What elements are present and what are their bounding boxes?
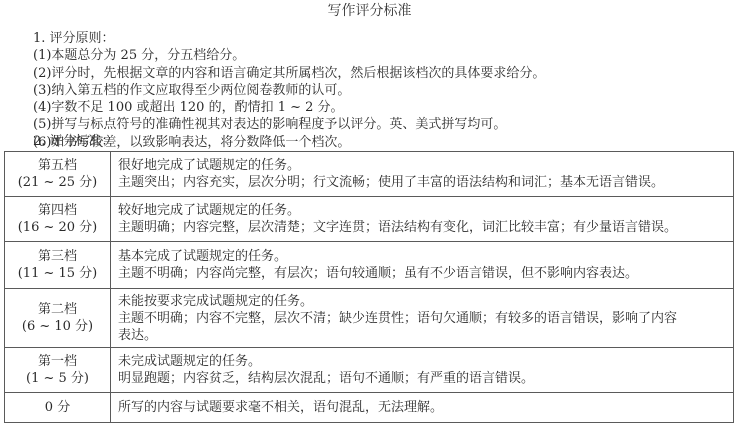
band-summary: 未能按要求完成试题规定的任务。 <box>118 293 729 310</box>
band-summary: 较好地完成了试题规定的任务。 <box>118 202 729 219</box>
page-title: 写作评分标准 <box>0 2 739 20</box>
description-cell: 未能按要求完成试题规定的任务。 主题不明确；内容不完整，层次不清；缺少连贯性；语… <box>111 289 734 348</box>
band-cell: 第二档 (6 ~ 10 分) <box>5 289 111 348</box>
band-cell: 0 分 <box>5 393 111 423</box>
band-summary: 基本完成了试题规定的任务。 <box>118 248 729 265</box>
description-cell: 较好地完成了试题规定的任务。 主题明确；内容完整，层次清楚；文字连贯；语法结构有… <box>111 197 734 242</box>
band-cell: 第一档 (1 ~ 5 分) <box>5 348 111 393</box>
band-name: 0 分 <box>5 399 110 416</box>
band-range: (11 ~ 15 分) <box>5 265 110 282</box>
description-cell: 很好地完成了试题规定的任务。 主题突出；内容充实，层次分明；行文流畅；使用了丰富… <box>111 152 734 197</box>
principle-item: (3)纳入第五档的作文应取得至少两位阅卷教师的认可。 <box>33 82 545 99</box>
band-name: 第一档 <box>5 353 110 370</box>
principles-heading: 1. 评分原则： <box>33 30 545 47</box>
band-summary: 很好地完成了试题规定的任务。 <box>118 157 729 174</box>
band-detail: 明显跑题；内容贫乏，结构层次混乱；语句不通顺；有严重的语言错误。 <box>118 370 729 387</box>
table-row: 0 分 所写的内容与试题要求毫不相关，语句混乱，无法理解。 <box>5 393 734 423</box>
table-row: 第三档 (11 ~ 15 分) 基本完成了试题规定的任务。 主题不明确；内容尚完… <box>5 242 734 289</box>
band-detail-continued: 表达。 <box>118 327 729 344</box>
description-cell: 未完成试题规定的任务。 明显跑题；内容贫乏，结构层次混乱；语句不通顺；有严重的语… <box>111 348 734 393</box>
principle-item: (2)评分时，先根据文章的内容和语言确定其所属档次，然后根据该档次的具体要求给分… <box>33 65 545 82</box>
band-range: (16 ~ 20 分) <box>5 219 110 236</box>
band-range: (6 ~ 10 分) <box>5 318 110 335</box>
standards-heading: 2. 评分标准： <box>33 133 115 150</box>
band-detail: 主题不明确；内容不完整，层次不清；缺少连贯性；语句欠通顺；有较多的语言错误，影响… <box>118 310 729 327</box>
principle-item: (4)字数不足 100 或超出 120 的，酌情扣 1 ~ 2 分。 <box>33 99 545 116</box>
principle-item: (1)本题总分为 25 分，分五档给分。 <box>33 47 545 64</box>
description-cell: 基本完成了试题规定的任务。 主题不明确；内容尚完整，有层次；语句较通顺；虽有不少… <box>111 242 734 289</box>
band-name: 第三档 <box>5 248 110 265</box>
description-cell: 所写的内容与试题要求毫不相关，语句混乱，无法理解。 <box>111 393 734 423</box>
band-cell: 第四档 (16 ~ 20 分) <box>5 197 111 242</box>
table-row: 第二档 (6 ~ 10 分) 未能按要求完成试题规定的任务。 主题不明确；内容不… <box>5 289 734 348</box>
table-row: 第一档 (1 ~ 5 分) 未完成试题规定的任务。 明显跑题；内容贫乏，结构层次… <box>5 348 734 393</box>
band-range: (1 ~ 5 分) <box>5 370 110 387</box>
band-cell: 第五档 (21 ~ 25 分) <box>5 152 111 197</box>
band-detail: 主题明确；内容完整，层次清楚；文字连贯；语法结构有变化，词汇比较丰富；有少量语言… <box>118 219 729 236</box>
band-detail: 主题不明确；内容尚完整，有层次；语句较通顺；虽有不少语言错误，但不影响内容表达。 <box>118 265 729 282</box>
band-name: 第五档 <box>5 157 110 174</box>
table-row: 第五档 (21 ~ 25 分) 很好地完成了试题规定的任务。 主题突出；内容充实… <box>5 152 734 197</box>
band-cell: 第三档 (11 ~ 15 分) <box>5 242 111 289</box>
band-summary: 未完成试题规定的任务。 <box>118 353 729 370</box>
principle-item: (5)拼写与标点符号的准确性视其对表达的影响程度予以评分。英、美式拼写均可。 <box>33 116 545 133</box>
table-row: 第四档 (16 ~ 20 分) 较好地完成了试题规定的任务。 主题明确；内容完整… <box>5 197 734 242</box>
band-name: 第二档 <box>5 301 110 318</box>
band-range: (21 ~ 25 分) <box>5 174 110 191</box>
scoring-standards-table: 第五档 (21 ~ 25 分) 很好地完成了试题规定的任务。 主题突出；内容充实… <box>4 151 734 423</box>
band-name: 第四档 <box>5 202 110 219</box>
band-detail: 主题突出；内容充实，层次分明；行文流畅；使用了丰富的语法结构和词汇；基本无语言错… <box>118 174 729 191</box>
band-summary: 所写的内容与试题要求毫不相关，语句混乱，无法理解。 <box>118 399 729 416</box>
